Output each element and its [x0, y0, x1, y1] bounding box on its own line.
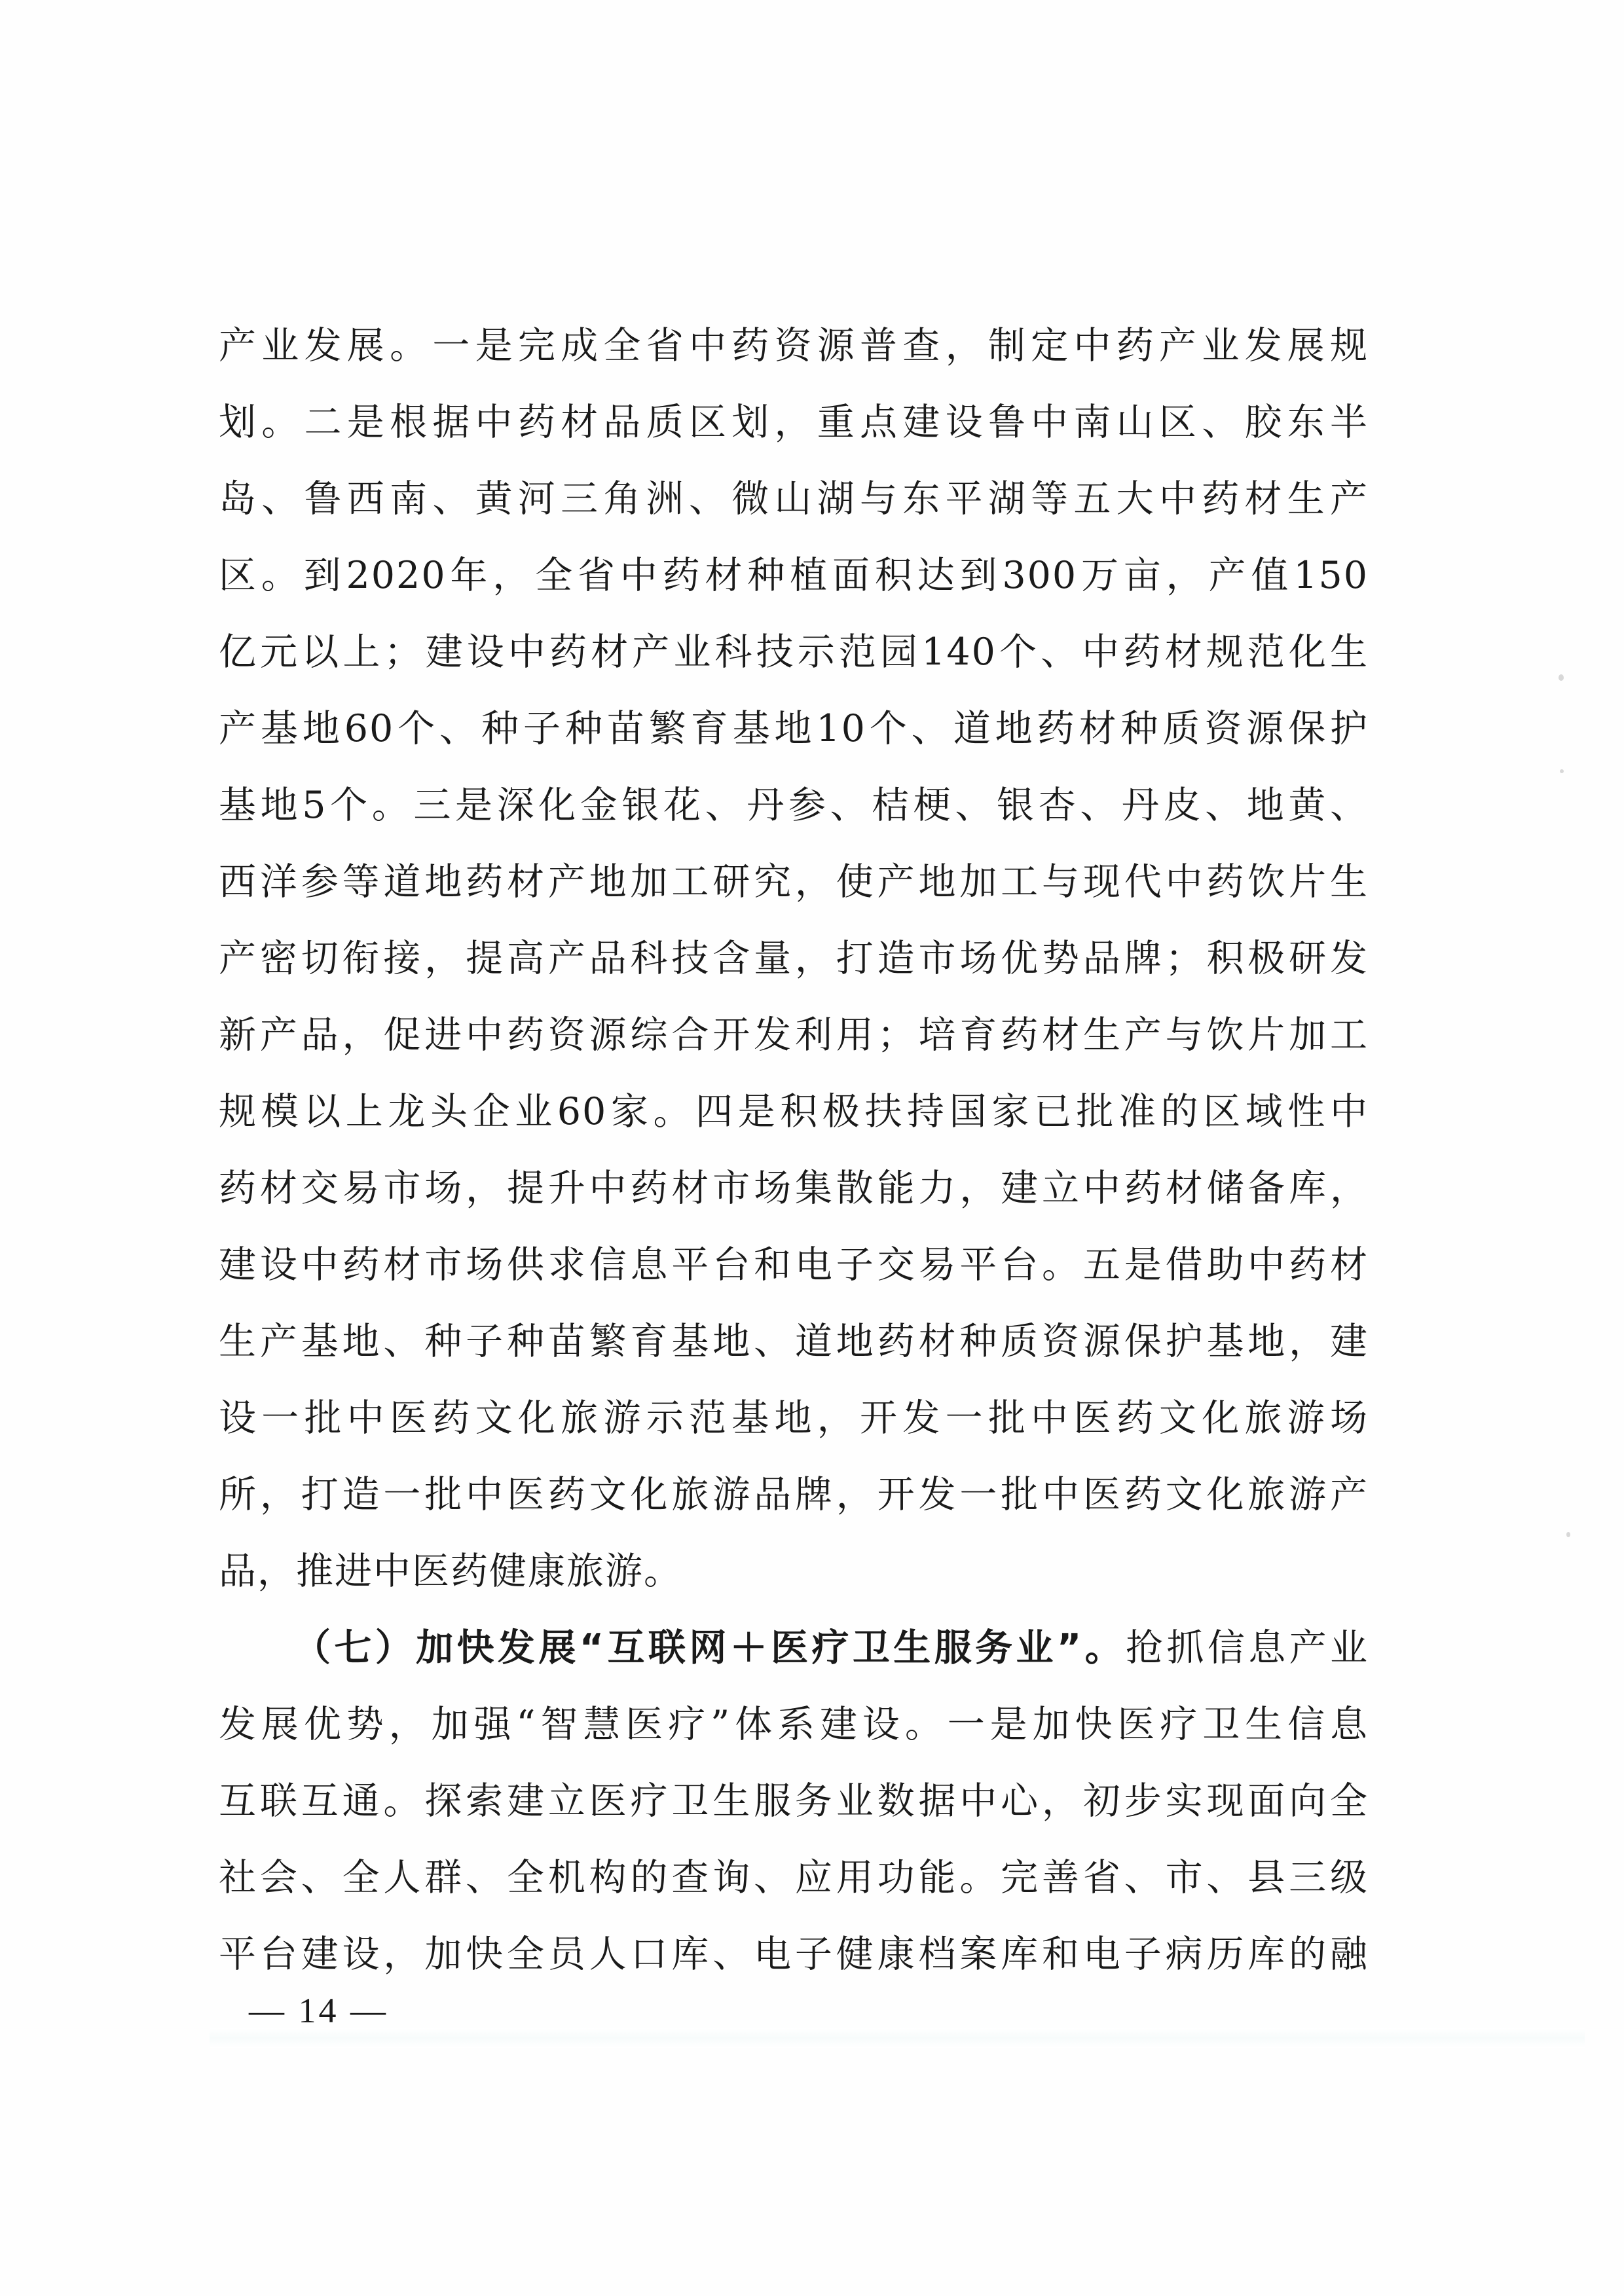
text-line: 岛、鲁西南、黄河三角洲、微山湖与东平湖等五大中药材生产 [219, 461, 1369, 538]
text-line: 品，推进中医药健康旅游。 [219, 1533, 1369, 1610]
scan-speck [1559, 674, 1564, 681]
text-line: 建设中药材市场供求信息平台和电子交易平台。五是借助中药材 [219, 1227, 1369, 1303]
text-line: 生产基地、种子种苗繁育基地、道地药材种质资源保护基地，建 [219, 1303, 1369, 1380]
text-line: 平台建设，加快全员人口库、电子健康档案库和电子病历库的融 [219, 1916, 1369, 1993]
text-line: 新产品，促进中药资源综合开发利用；培育药材生产与饮片加工 [219, 997, 1369, 1074]
document-body: 产业发展。一是完成全省中药资源普查，制定中药产业发展规 划。二是根据中药材品质区… [219, 308, 1369, 1993]
text-line: 划。二是根据中药材品质区划，重点建设鲁中南山区、胶东半 [219, 384, 1369, 461]
section-first-line: （七）加快发展“互联网＋医疗卫生服务业”。抢抓信息产业 [219, 1610, 1369, 1686]
text-line: 产业发展。一是完成全省中药资源普查，制定中药产业发展规 [219, 308, 1369, 384]
scan-speck [1560, 769, 1564, 773]
text-line: 产密切衔接，提高产品科技含量，打造市场优势品牌；积极研发 [219, 920, 1369, 997]
text-line: 发展优势，加强“智慧医疗”体系建设。一是加快医疗卫生信息 [219, 1686, 1369, 1763]
scan-artifact [210, 2028, 1585, 2048]
text-line: 基地5个。三是深化金银花、丹参、桔梗、银杏、丹皮、地黄、 [219, 767, 1369, 844]
section-heading-rest: 抢抓信息产业 [1126, 1626, 1369, 1669]
document-page: 产业发展。一是完成全省中药资源普查，制定中药产业发展规 划。二是根据中药材品质区… [0, 0, 1624, 2296]
text-line: 社会、全人群、全机构的查询、应用功能。完善省、市、县三级 [219, 1840, 1369, 1916]
text-line: 规模以上龙头企业60家。四是积极扶持国家已批准的区域性中 [219, 1074, 1369, 1150]
page-number: — 14 — [249, 1990, 388, 2031]
text-line: 所，打造一批中医药文化旅游品牌，开发一批中医药文化旅游产 [219, 1457, 1369, 1533]
section-heading: （七）加快发展“互联网＋医疗卫生服务业”。 [293, 1626, 1126, 1669]
text-line: 设一批中医药文化旅游示范基地，开发一批中医药文化旅游场 [219, 1380, 1369, 1457]
text-line: 亿元以上；建设中药材产业科技示范园140个、中药材规范化生 [219, 614, 1369, 691]
text-line: 西洋参等道地药材产地加工研究，使产地加工与现代中药饮片生 [219, 844, 1369, 920]
text-line: 产基地60个、种子种苗繁育基地10个、道地药材种质资源保护 [219, 691, 1369, 767]
text-line: 互联互通。探索建立医疗卫生服务业数据中心，初步实现面向全 [219, 1763, 1369, 1840]
text-line: 药材交易市场，提升中药材市场集散能力，建立中药材储备库， [219, 1150, 1369, 1227]
text-line: 区。到2020年，全省中药材种植面积达到300万亩，产值150 [219, 538, 1369, 614]
scan-speck [1566, 1532, 1570, 1537]
